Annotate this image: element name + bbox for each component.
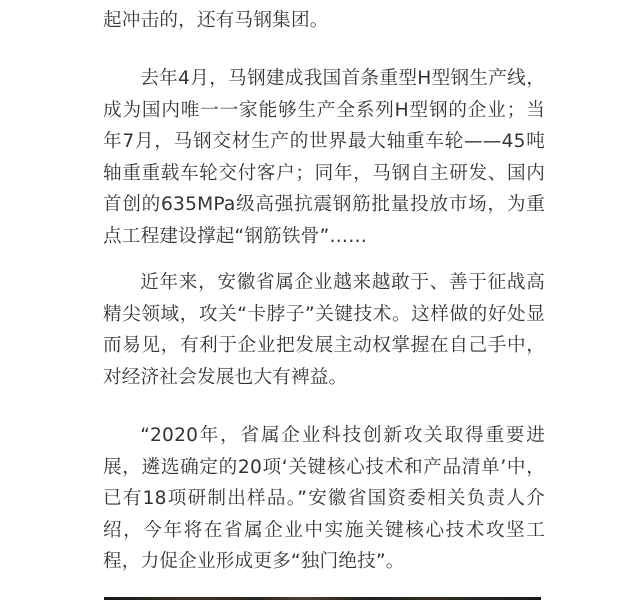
paragraph-continuation: 起冲击的，还有马钢集团。 <box>103 5 545 37</box>
paragraph-provincial-enterprises: 近年来，安徽省属企业越来越敢于、善于征战高精尖领域，攻关“卡脖子”关键技术。这样… <box>103 267 545 393</box>
paragraph-masteel-achievements: 去年4月，马钢建成我国首条重型H型钢生产线，成为国内唯一一家能够生产全系列H型钢… <box>103 63 545 252</box>
paragraph-quote: “2020年，省属企业科技创新攻关取得重要进展，遴选确定的20项‘关键核心技术和… <box>103 420 545 578</box>
